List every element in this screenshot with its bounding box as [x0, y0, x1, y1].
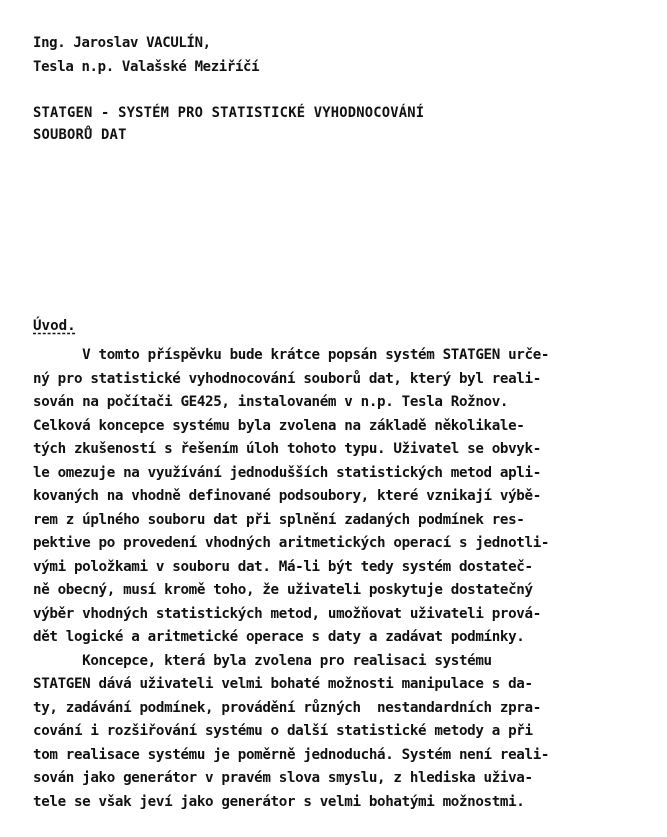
- body-line: sován jako generátor v pravém slova smys…: [33, 768, 533, 788]
- author-name: Ing. Jaroslav VACULÍN,: [33, 33, 211, 53]
- body-line: ty, zadávání podmínek, provádění různých…: [33, 698, 541, 718]
- body-line: výběr vhodných statistických metod, umož…: [33, 604, 541, 624]
- body-line: Koncepce, která byla zvolena pro realisa…: [33, 651, 492, 671]
- body-line: vými položkami v souboru dat. Má-li být …: [33, 557, 533, 577]
- author-affiliation: Tesla n.p. Valašské Meziříčí: [33, 57, 259, 77]
- body-line: dět logické a aritmetické operace s daty…: [33, 627, 525, 647]
- body-line: le omezuje na využívání jednodušších sta…: [33, 463, 541, 483]
- body-line: V tomto příspěvku bude krátce popsán sys…: [33, 345, 549, 365]
- body-line: tých zkušeností s řešením úloh tohoto ty…: [33, 439, 541, 459]
- title-line-1: STATGEN - SYSTÉM PRO STATISTICKÉ VYHODNO…: [33, 103, 424, 123]
- title-line-2: SOUBORŮ DAT: [33, 125, 127, 145]
- section-heading: Úvod.: [33, 316, 76, 336]
- body-line: STATGEN dává uživateli velmi bohaté možn…: [33, 674, 533, 694]
- body-line: kovaných na vhodně definované podsoubory…: [33, 486, 541, 506]
- body-line: ně obecný, musí kromě toho, že uživateli…: [33, 580, 533, 600]
- body-line: sován na počítači GE425, instalovaném v …: [33, 392, 508, 412]
- body-line: pektive po provedení vhodných aritmetick…: [33, 533, 549, 553]
- body-line: cování i rozšiřování systému o další sta…: [33, 721, 533, 741]
- body-line: Celková koncepce systému byla zvolena na…: [33, 416, 525, 436]
- body-line: tom realisace systému je poměrně jednodu…: [33, 745, 549, 765]
- body-line: ný pro statistické vyhodnocování souborů…: [33, 369, 541, 389]
- body-line: rem z úplného souboru dat při splnění za…: [33, 510, 525, 530]
- body-line: tele se však jeví jako generátor s velmi…: [33, 792, 525, 812]
